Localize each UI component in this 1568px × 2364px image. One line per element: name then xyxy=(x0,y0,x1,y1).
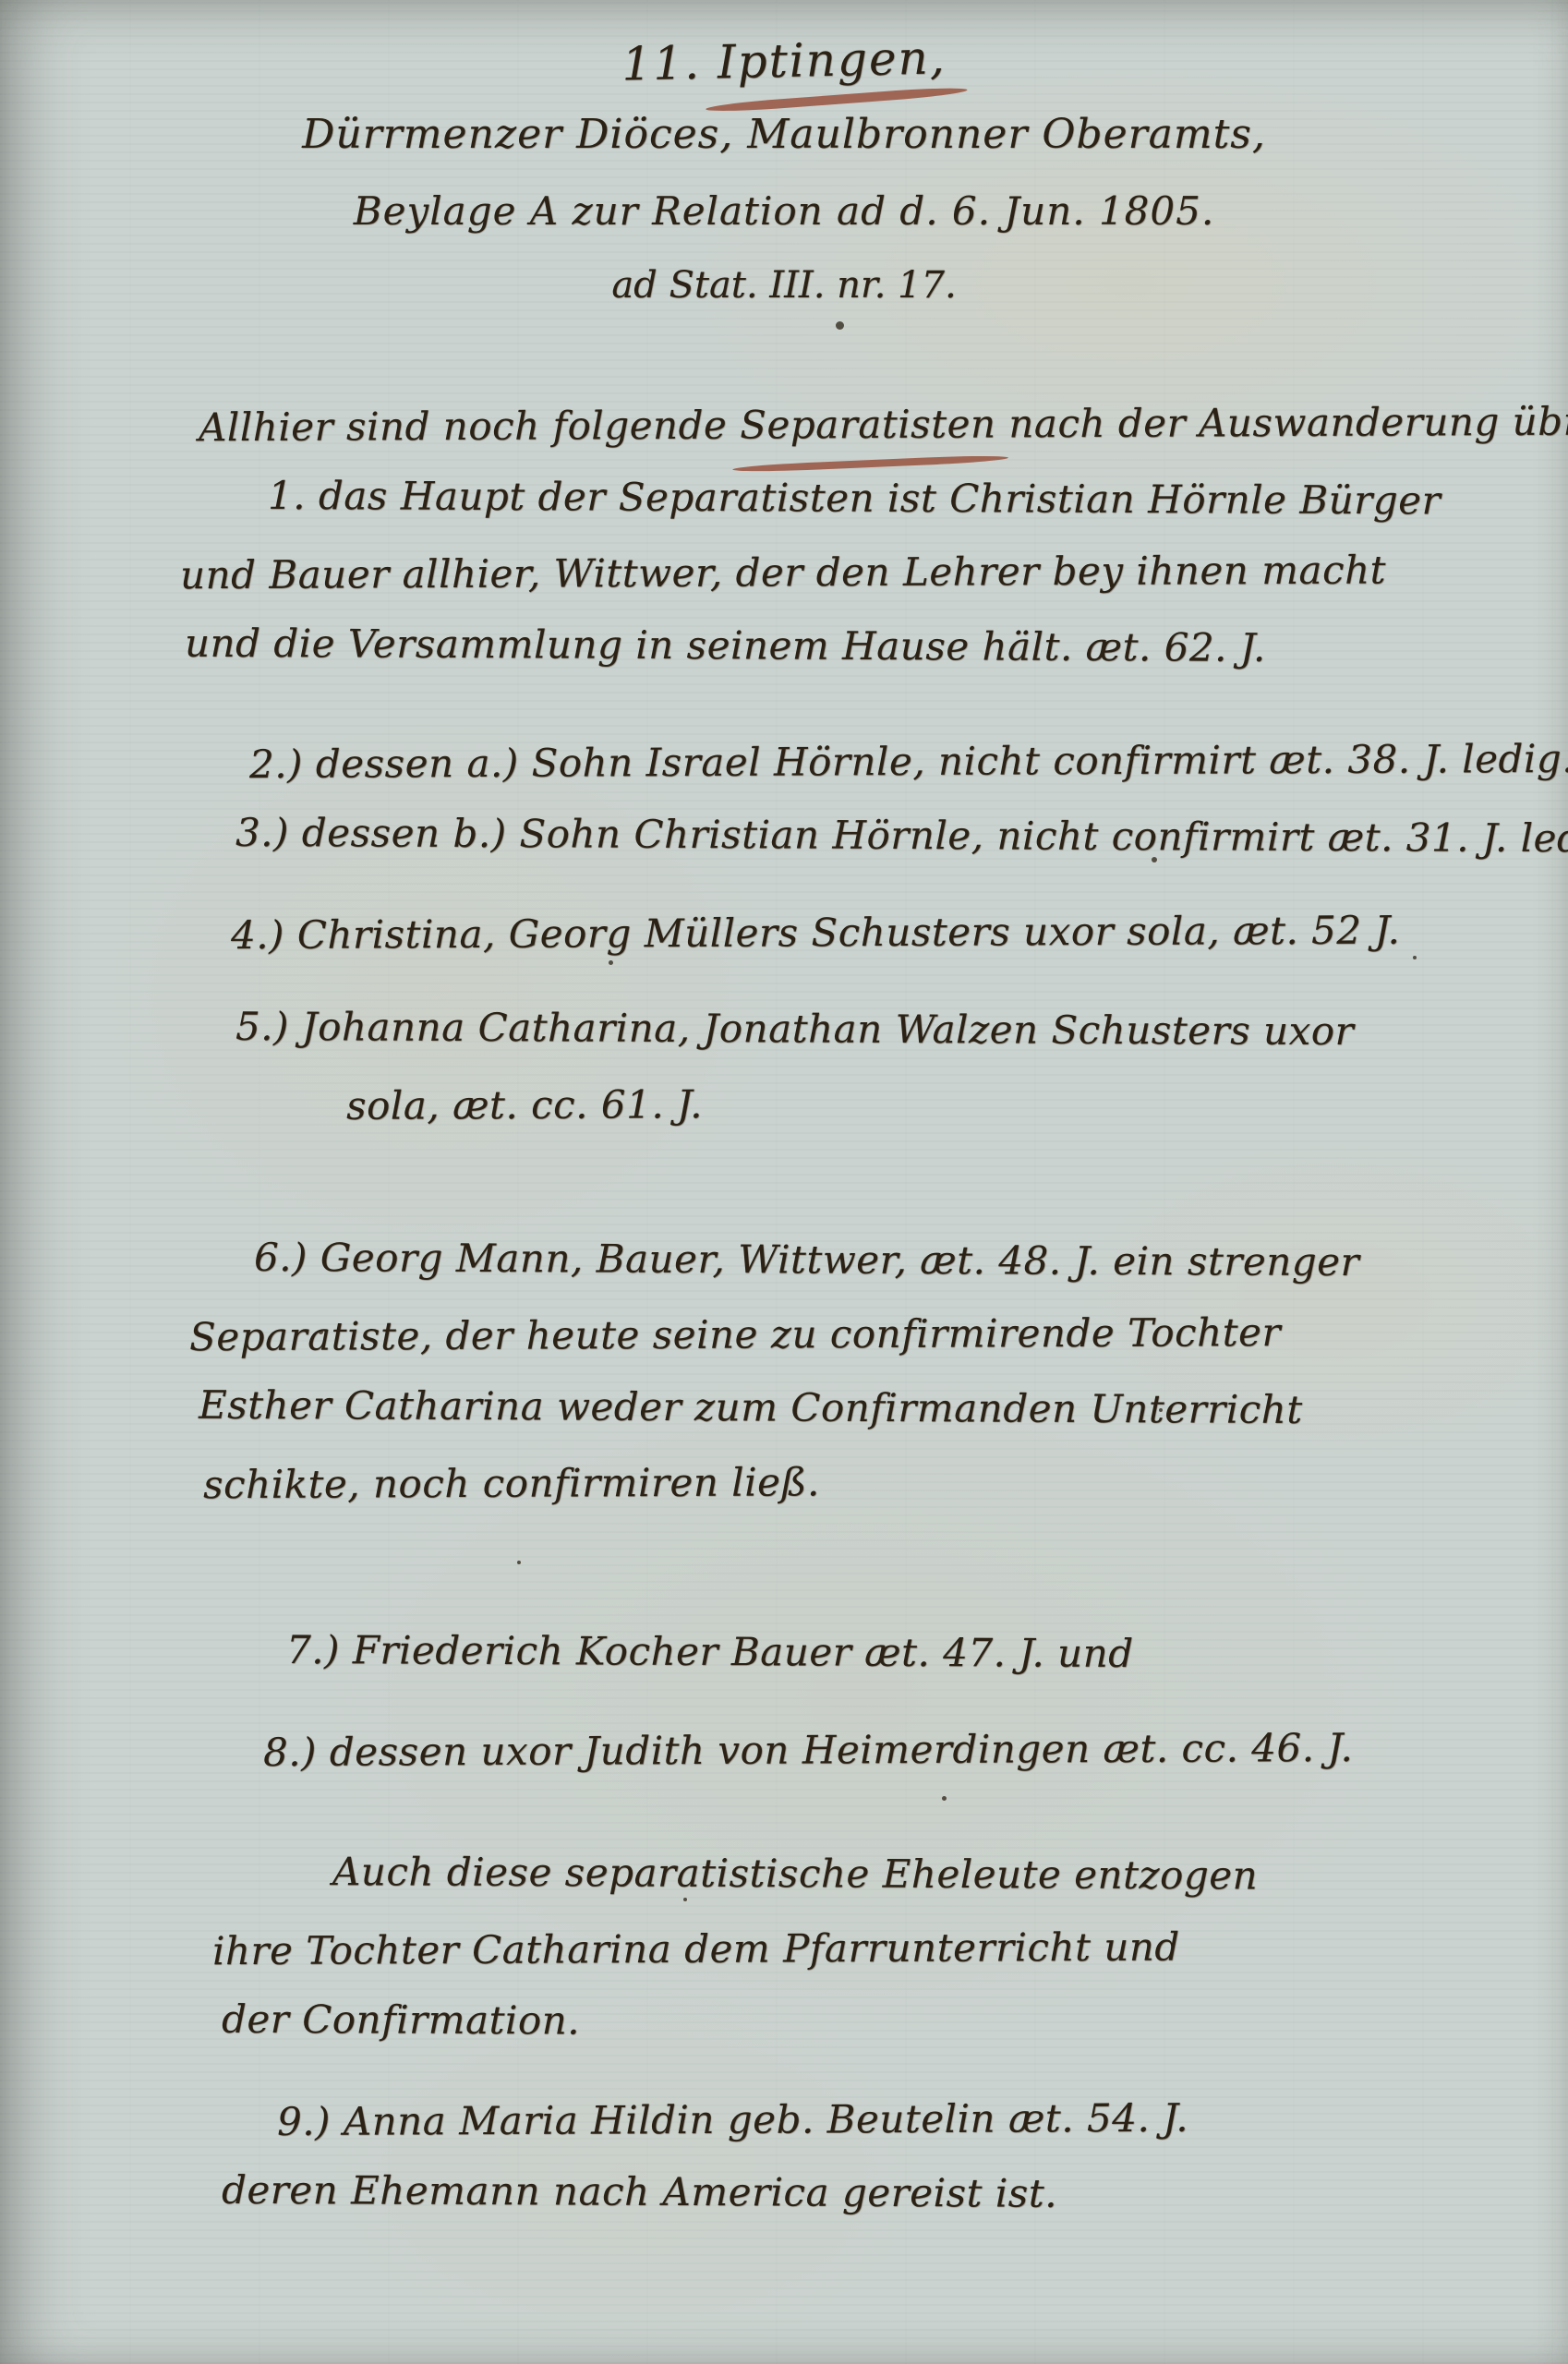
ink-speck xyxy=(942,1796,947,1801)
intro-text-pre: Allhier sind noch folgende xyxy=(199,403,740,451)
manuscript-line: 8.) dessen uxor Judith von Heimerdingen … xyxy=(263,1710,1568,1790)
manuscript-line: ihre Tochter Catharina dem Pfarrunterric… xyxy=(212,1909,1568,1988)
ink-speck xyxy=(609,960,613,965)
ink-speck xyxy=(517,1561,521,1564)
ink-speck xyxy=(1413,956,1417,959)
manuscript-line: sola, æt. cc. 61. J. xyxy=(346,1064,1568,1143)
manuscript-line: Auch diese separatistische Eheleute entz… xyxy=(332,1835,1568,1914)
manuscript-line: und die Versammlung in seinem Hause hält… xyxy=(185,607,1568,687)
title-place-red-underlined: Iptingen, xyxy=(717,22,947,97)
manuscript-line: Separatiste, der heute seine zu confirmi… xyxy=(189,1295,1568,1375)
manuscript-line: der Confirmation. xyxy=(222,1983,1568,2062)
header-beylage-line: Beylage A zur Relation ad d. 6. Jun. 180… xyxy=(0,174,1568,249)
manuscript-line: 5.) Johanna Catharina, Jonathan Walzen S… xyxy=(235,990,1568,1069)
manuscript-line: 7.) Friederich Kocher Bauer æt. 47. J. u… xyxy=(286,1613,1568,1693)
manuscript-line: deren Ehemann nach America gereist ist. xyxy=(222,2153,1568,2233)
manuscript-line: 4.) Christina, Georg Müllers Schusters u… xyxy=(231,893,1568,972)
ink-speck xyxy=(1152,857,1157,862)
ink-speck xyxy=(319,1330,323,1334)
manuscript-line: 2.) dessen a.) Sohn Israel Hörnle, nicht… xyxy=(249,722,1568,802)
header-act-reference-line: ad Stat. III. nr. 17. xyxy=(0,249,1568,321)
ink-speck xyxy=(683,1898,687,1901)
manuscript-page: 11. Iptingen, Dürrmenzer Diöces, Maulbro… xyxy=(0,0,1568,2364)
manuscript-line: Esther Catharina weder zum Confirmanden … xyxy=(199,1369,1568,1448)
manuscript-line: 1. das Haupt der Separatisten ist Christ… xyxy=(268,459,1568,538)
manuscript-line: 9.) Anna Maria Hildin geb. Beutelin æt. … xyxy=(277,2080,1568,2159)
manuscript-line: 3.) dessen b.) Sohn Christian Hörnle, ni… xyxy=(235,796,1568,875)
manuscript-line: und Bauer allhier, Wittwer, der den Lehr… xyxy=(180,533,1568,613)
ink-speck xyxy=(1159,1408,1163,1412)
intro-text-post: nach der Auswanderung übrig: xyxy=(995,398,1568,446)
title-number: 11. xyxy=(621,36,718,91)
ink-speck xyxy=(836,321,844,330)
intro-line: Allhier sind noch folgende Separatisten … xyxy=(199,385,1568,464)
intro-word-red-underlined: Separatisten xyxy=(740,387,996,462)
manuscript-line: 6.) Georg Mann, Bauer, Wittwer, æt. 48. … xyxy=(254,1221,1568,1300)
manuscript-line: schikte, noch confirmiren ließ. xyxy=(203,1442,1568,1522)
